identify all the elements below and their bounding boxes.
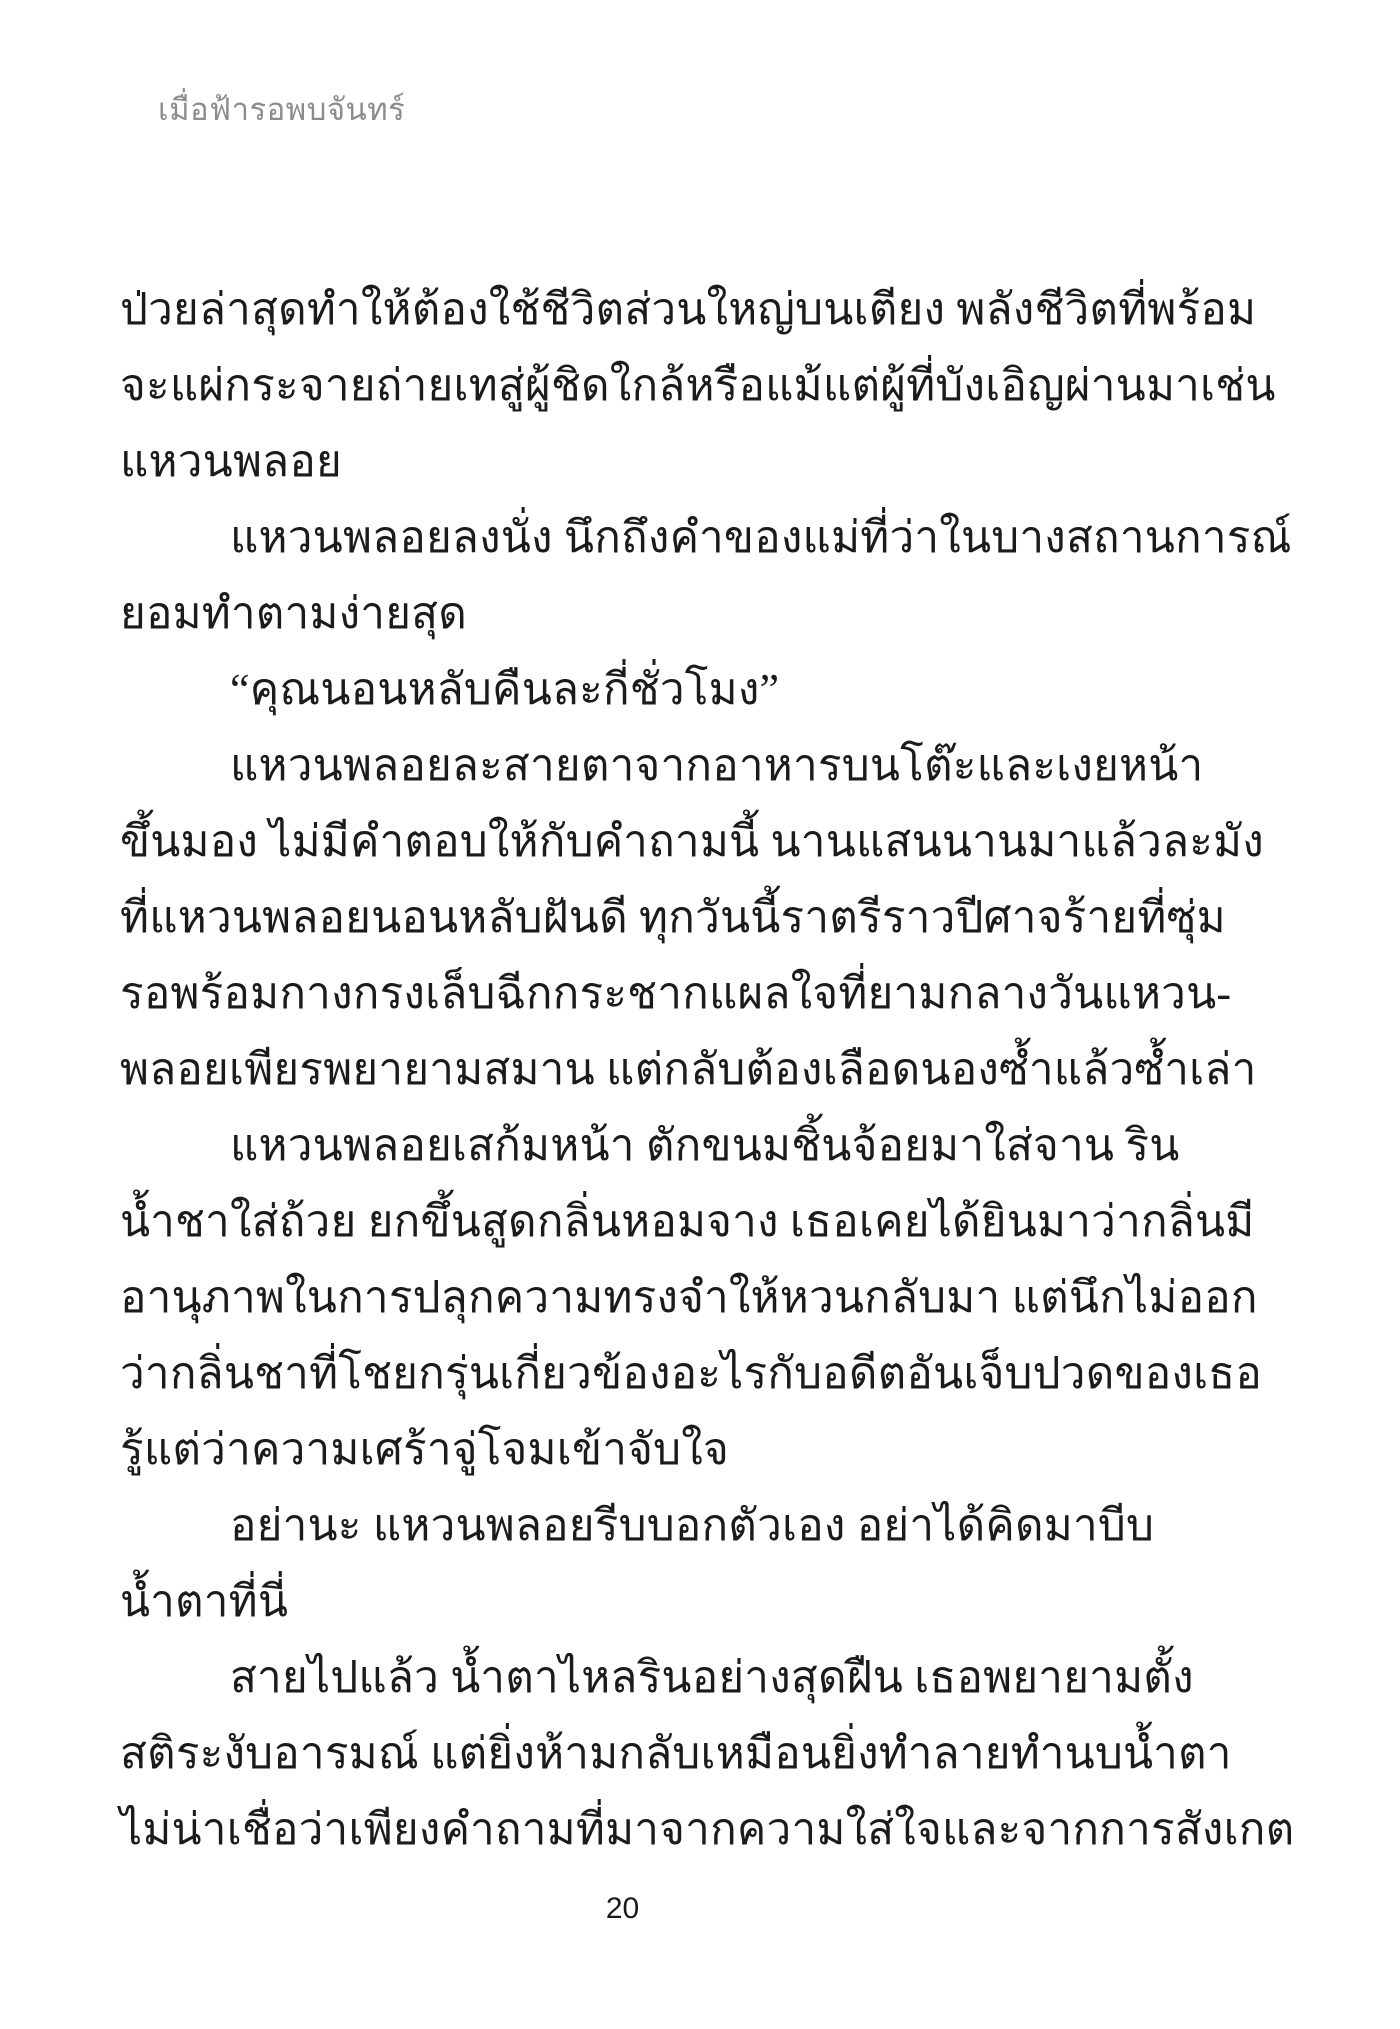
text-line: “คุณนอนหลับคืนละกี่ชั่วโมง”	[120, 652, 1285, 728]
text-line: น้ำชาใส่ถ้วย ยกขึ้นสูดกลิ่นหอมจาง เธอเคย…	[120, 1184, 1285, 1260]
text-line: ที่แหวนพลอยนอนหลับฝันดี ทุกวันนี้ราตรีรา…	[120, 880, 1285, 956]
book-page: เมื่อฟ้ารอพบจันทร์ ป่วยล่าสุดทำให้ต้องใช…	[0, 0, 1400, 2029]
text-line: แหวนพลอยละสายตาจากอาหารบนโต๊ะและเงยหน้า	[120, 728, 1285, 804]
text-line: ว่ากลิ่นชาที่โชยกรุ่นเกี่ยวข้องอะไรกับอด…	[120, 1336, 1285, 1412]
text-line: อย่านะ แหวนพลอยรีบบอกตัวเอง อย่าได้คิดมา…	[120, 1488, 1285, 1564]
running-head-book-title: เมื่อฟ้ารอพบจันทร์	[158, 86, 405, 134]
text-line: อานุภาพในการปลุกความทรงจำให้หวนกลับมา แต…	[120, 1260, 1285, 1336]
text-line: ป่วยล่าสุดทำให้ต้องใช้ชีวิตส่วนใหญ่บนเตี…	[120, 272, 1285, 348]
text-line: สายไปแล้ว น้ำตาไหลรินอย่างสุดฝืน เธอพยาย…	[120, 1640, 1285, 1716]
text-line: ไม่น่าเชื่อว่าเพียงคำถามที่มาจากความใส่ใ…	[120, 1792, 1285, 1868]
text-line: พลอยเพียรพยายามสมาน แต่กลับต้องเลือดนองซ…	[120, 1032, 1285, 1108]
text-lines: ป่วยล่าสุดทำให้ต้องใช้ชีวิตส่วนใหญ่บนเตี…	[120, 272, 1285, 1868]
text-line: รอพร้อมกางกรงเล็บฉีกกระชากแผลใจที่ยามกลา…	[120, 956, 1285, 1032]
text-line: น้ำตาที่นี่	[120, 1564, 1285, 1640]
text-line: สติระงับอารมณ์ แต่ยิ่งห้ามกลับเหมือนยิ่ง…	[120, 1716, 1285, 1792]
text-line: จะแผ่กระจายถ่ายเทสู่ผู้ชิดใกล้หรือแม้แต่…	[120, 348, 1285, 424]
text-line: แหวนพลอยลงนั่ง นึกถึงคำของแม่ที่ว่าในบาง…	[120, 500, 1285, 576]
page-number: 20	[0, 1892, 1245, 1926]
text-line: แหวนพลอยเสก้มหน้า ตักขนมชิ้นจ้อยมาใส่จาน…	[120, 1108, 1285, 1184]
text-line: รู้แต่ว่าความเศร้าจู่โจมเข้าจับใจ	[120, 1412, 1285, 1488]
text-line: แหวนพลอย	[120, 424, 1285, 500]
text-line: ขึ้นมอง ไม่มีคำตอบให้กับคำถามนี้ นานแสนน…	[120, 804, 1285, 880]
text-line: ยอมทำตามง่ายสุด	[120, 576, 1285, 652]
